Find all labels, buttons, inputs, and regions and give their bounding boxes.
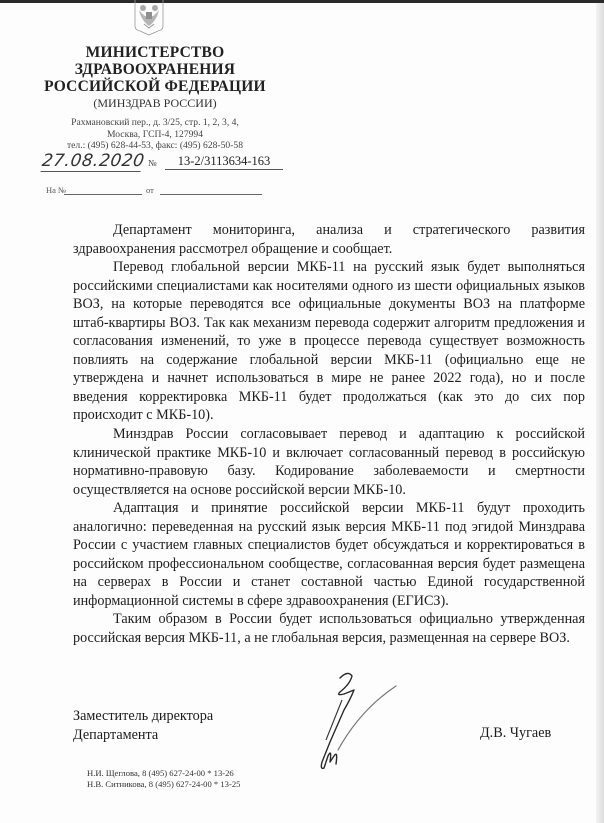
handwritten-signature-icon [300, 670, 420, 780]
ministry-address: Рахмановский пер., д. 3/25, стр. 1, 2, 3… [40, 117, 270, 152]
reference-number-blank [64, 194, 142, 195]
signatory-title-line: Заместитель директора [73, 707, 213, 726]
ministry-line: ЗДРАВООХРАНЕНИЯ [40, 61, 270, 78]
ministry-line: МИНИСТЕРСТВО [40, 44, 270, 61]
contact-line: Н.В. Ситникова, 8 (495) 627-24-00 * 13-2… [87, 779, 240, 790]
letter-date: 27.08.2020 [41, 151, 144, 172]
signatory-title-line: Департамента [73, 726, 213, 745]
body-paragraph: Таким образом в России будет использоват… [73, 610, 585, 647]
body-paragraph: Адаптация и принятие российской версии М… [73, 499, 585, 610]
page-edge-shadow [596, 3, 604, 823]
registration-number: 13-2/3113634-163 [165, 154, 283, 170]
body-paragraph: Перевод глобальной версии МКБ-11 на русс… [73, 258, 585, 425]
address-line: Москва, ГСП-4, 127994 [40, 129, 270, 141]
reference-from-label: от [146, 185, 154, 195]
russian-coat-of-arms-icon [131, 0, 167, 36]
body-paragraph: Минздрав России согласовывает перевод и … [73, 425, 585, 499]
address-line: тел.: (495) 628-44-53, факс: (495) 628-5… [40, 140, 270, 152]
address-line: Рахмановский пер., д. 3/25, стр. 1, 2, 3… [40, 117, 270, 129]
ministry-name: МИНИСТЕРСТВО ЗДРАВООХРАНЕНИЯ РОССИЙСКОЙ … [40, 44, 270, 111]
reference-date-blank [160, 194, 262, 195]
letter-page: МИНИСТЕРСТВО ЗДРАВООХРАНЕНИЯ РОССИЙСКОЙ … [0, 0, 604, 823]
ministry-abbreviation: (МИНЗДРАВ РОССИИ) [40, 95, 270, 111]
contact-persons: Н.И. Щеглова, 8 (495) 627-24-00 * 13-26 … [87, 768, 240, 790]
signatory-title: Заместитель директора Департамента [73, 707, 213, 744]
letter-body: Департамент мониторинга, анализа и страт… [73, 221, 585, 648]
top-border [0, 0, 604, 3]
number-label: № [148, 158, 157, 168]
registration-line: 27.08.2020 № 13-2/3113634-163 [40, 152, 285, 174]
contact-line: Н.И. Щеглова, 8 (495) 627-24-00 * 13-26 [87, 768, 240, 779]
body-paragraph: Департамент мониторинга, анализа и страт… [73, 221, 585, 258]
ministry-line: РОССИЙСКОЙ ФЕДЕРАЦИИ [40, 78, 270, 95]
signatory-name: Д.В. Чугаев [480, 725, 551, 742]
reference-line: На № от [46, 185, 276, 199]
